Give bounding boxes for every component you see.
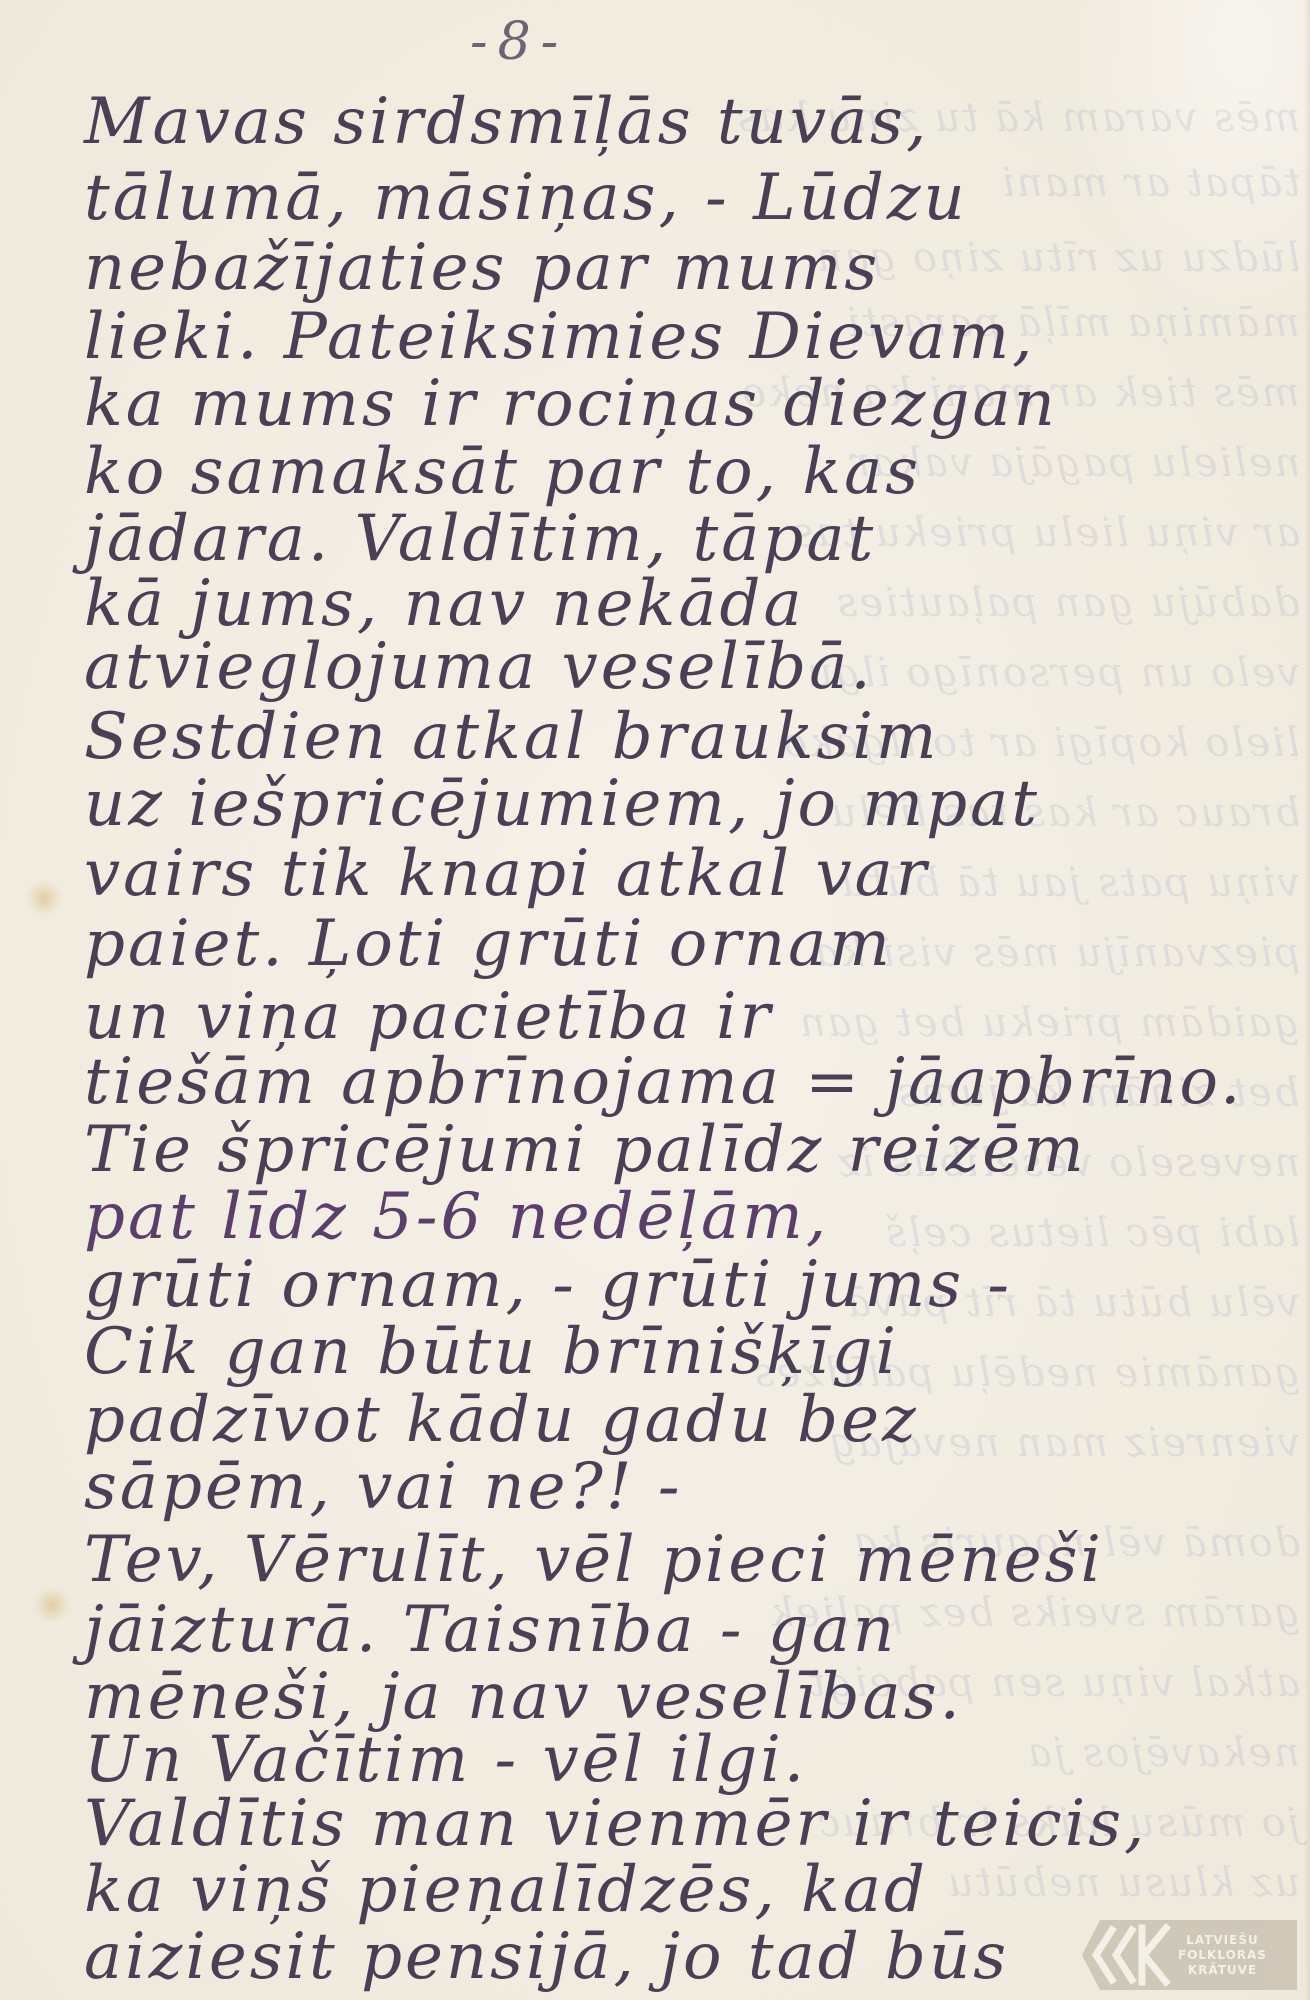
letter-line: kā jums, nav nekāda — [84, 572, 805, 636]
letter-line: pat līdz 5-6 nedēļām, — [84, 1185, 829, 1249]
paper-stain — [32, 1588, 72, 1622]
watermark-text: LATVIEŠU FOLKLORAS KRĀTUVE — [1178, 1933, 1267, 1978]
letter-line: jāizturā. Taisnība - gan — [84, 1598, 897, 1662]
letter-line: mēneši, ja nav veselības. — [84, 1665, 963, 1729]
letter-line: sāpēm, vai ne?! - — [84, 1455, 682, 1519]
letter-line: ka mums ir rociņas diezgan — [84, 372, 1058, 436]
letter-line: paiet. Ļoti grūti ornam — [84, 912, 893, 976]
letter-line: Tie špricējumi palīdz reizēm — [84, 1118, 1087, 1182]
paper-stain — [26, 880, 62, 916]
watermark-line: FOLKLORAS — [1178, 1948, 1267, 1963]
letter-line: Mavas sirdsmīļās tuvās, — [84, 90, 929, 154]
page-number: -8- — [470, 12, 568, 72]
lfk-logo-icon — [1082, 1920, 1174, 1990]
letter-line: lieki. Pateiksimies Dievam, — [84, 305, 1035, 369]
paper-edge — [1304, 0, 1310, 2000]
letter-line: Un Vačītim - vēl ilgi. — [84, 1728, 807, 1792]
letter-line: Sestdien atkal brauksim — [84, 705, 940, 769]
watermark-line: LATVIEŠU — [1186, 1933, 1259, 1948]
watermark-line: KRĀTUVE — [1188, 1963, 1257, 1978]
letter-line: uz iešpricējumiem, jo mpat — [84, 772, 1040, 836]
letter-line: jādara. Valdītim, tāpat — [84, 507, 876, 571]
letter-line: grūti ornam, - grūti jums - — [84, 1253, 1012, 1317]
letter-line: tiešām apbrīnojama = jāapbrīno. — [84, 1050, 1243, 1114]
letter-line: aiziesit pensijā, jo tad būs — [84, 1925, 1009, 1989]
letter-line: Tev, Vērulīt, vēl pieci mēneši — [84, 1528, 1104, 1592]
letter-line: ka viņš pieņalīdzēs, kad — [84, 1858, 928, 1922]
letter-line: vairs tik knapi atkal var — [84, 842, 929, 906]
letter-line: un viņa pacietība ir — [84, 985, 773, 1049]
letter-line: nebažījaties par mums — [84, 236, 880, 300]
letter-line: Cik gan būtu brīnišķīgi — [84, 1320, 899, 1384]
letter-line: ko samaksāt par to, kas — [84, 440, 921, 504]
letter-line: padzīvot kādu gadu bez — [84, 1388, 919, 1452]
letter-line: atvieglojuma veselībā. — [84, 635, 874, 699]
archive-watermark: LATVIEŠU FOLKLORAS KRĀTUVE — [1082, 1920, 1297, 1990]
letter-line: Valdītis man vienmēr ir teicis, — [84, 1792, 1147, 1856]
letter-line: tālumā, māsiņas, - Lūdzu — [84, 166, 968, 230]
